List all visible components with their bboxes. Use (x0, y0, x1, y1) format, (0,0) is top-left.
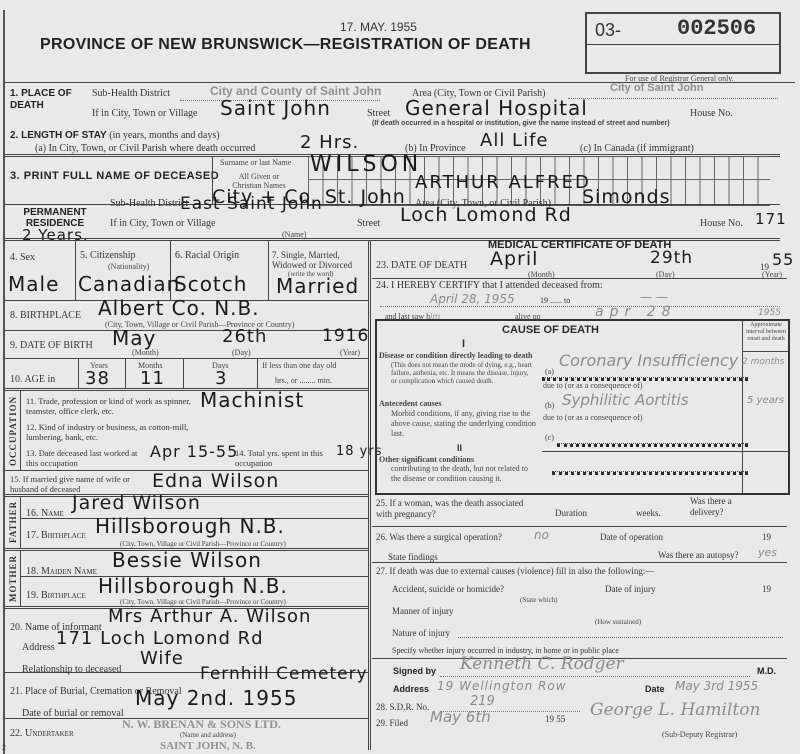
left-border (3, 10, 5, 754)
registration-number-box: 03- 002506 (585, 12, 781, 74)
informant-name: Mrs Arthur A. Wilson (108, 606, 311, 627)
how-sustained: (How sustained) (595, 618, 641, 626)
injury-date-label: Date of injury (605, 584, 655, 594)
marital-value: Married (276, 274, 359, 298)
dod-label: 23. DATE OF DEATH (376, 260, 467, 271)
stay-province-value: All Life (480, 130, 548, 151)
sdr-value: 219 (470, 694, 495, 709)
surgical-operation-value: no (534, 528, 549, 542)
surgical-operation-label: 26. Was there a surgical operation? (376, 532, 502, 542)
cause-b-prefix: (b) (545, 401, 554, 410)
undertaker-label: 22. Undertaker (10, 728, 74, 739)
res-city-label: If in City, Town or Village (110, 218, 215, 229)
registrar-sub: (Sub-Deputy Registrar) (662, 730, 737, 739)
operation-date-label: Date of operation (600, 532, 663, 542)
age-months: 11 (140, 368, 165, 389)
nature-label: Nature of injury (392, 628, 450, 638)
alive-on-value: apr 28 (595, 304, 677, 320)
dob-month-sub: (Month) (132, 348, 159, 357)
dob-year: 1916 (322, 326, 369, 346)
doctor-date-label: Date (645, 684, 665, 694)
sex-label: 4. Sex (10, 252, 35, 263)
dob-day-sub: (Day) (232, 348, 251, 357)
citizenship-sub: (Nationality) (108, 262, 149, 271)
sdr-label: 28. S.D.R. No. (376, 702, 429, 712)
registrar-signature: George L. Hamilton (590, 700, 760, 720)
trade-label: 11. Trade, profession or kind of work as… (26, 396, 201, 416)
father-side-label: FATHER (8, 498, 18, 546)
delivery-label: Was there a delivery? (690, 496, 750, 518)
less-than-day-label: If less than one day old (262, 361, 336, 370)
doctor-address-label: Address (393, 684, 429, 694)
informant-address-label: Address (22, 642, 55, 653)
age-years: 38 (85, 368, 110, 389)
racial-origin-label: 6. Racial Origin (175, 250, 239, 261)
reg-prefix: 03- (595, 20, 621, 41)
alive-on-year: 1955 (758, 308, 781, 318)
autopsy-value: yes (758, 546, 777, 559)
filed-year: 19 55 (545, 714, 565, 724)
father-name-value: Jared Wilson (72, 492, 201, 514)
dod-day: 29th (650, 248, 693, 268)
birthplace-label: 8. BIRTHPLACE (10, 310, 81, 321)
dod-year: 55 (772, 250, 794, 269)
occupation-side-label: OCCUPATION (8, 392, 18, 470)
doctor-date-value: May 3rd 1955 (675, 679, 758, 693)
city-label: If in City, Town or Village (92, 108, 197, 119)
md-label: M.D. (757, 666, 776, 676)
father-birthplace-value: Hillsborough N.B. (95, 514, 285, 538)
undertaker-city: SAINT JOHN, N. B. (160, 740, 256, 752)
certify-label: 24. I HEREBY CERTIFY that I attended dec… (376, 280, 603, 291)
father-birthplace-label: 17. Birthplace (26, 530, 86, 541)
length-of-stay-label: 2. LENGTH OF STAY (in years, months and … (10, 130, 220, 141)
dob-day: 26th (222, 326, 267, 347)
op-year-prefix: 19 (762, 532, 771, 542)
cause-c-prefix: (c) (545, 433, 554, 442)
mother-side-label: MOTHER (8, 552, 18, 604)
spouse-label: 15. If married give name of wife or husb… (10, 474, 150, 494)
cause-of-death-box: CAUSE OF DEATH Approximate interval betw… (375, 319, 790, 495)
dob-year-sub: (Year) (340, 348, 360, 357)
house-label: House No. (690, 108, 733, 119)
state-findings-label: State findings (388, 552, 438, 562)
signed-by-label: Signed by (393, 666, 436, 676)
autopsy-label: Was there an autopsy? (658, 550, 739, 560)
attended-from: April 28, 1955 (430, 292, 515, 306)
res-area-value: Simonds (582, 186, 670, 208)
weeks-label: weeks. (636, 508, 661, 518)
accident-label: Accident, suicide or homicide? (392, 584, 504, 594)
cause-b-interval: 5 years (747, 395, 784, 406)
interval-header: Approximate interval between onset and d… (744, 322, 788, 343)
pregnancy-label: 25. If a woman, was the death associated… (376, 498, 526, 520)
manner-label: Manner of injury (392, 606, 453, 616)
due-to-a: due to (or as a consequence of) (543, 381, 643, 390)
street-value: General Hospital (405, 96, 588, 120)
doctor-address-value: 19 Wellington Row (437, 679, 567, 693)
birthplace-value: Albert Co. N.B. (98, 296, 260, 320)
external-causes-label: 27. If death was due to external causes … (376, 566, 654, 576)
given-name-value: ARTHUR ALFRED (415, 172, 591, 193)
roman-one: I (462, 338, 465, 350)
citizenship-label: 5. Citizenship (80, 250, 136, 261)
hrs-min-label: hrs., or ........ min. (275, 376, 332, 385)
mother-birthplace-sub: (City, Town, Village or Civil Parish—Pro… (120, 598, 286, 606)
area-value: City of Saint John (610, 82, 704, 94)
cause-a-prefix: (a) (545, 367, 554, 376)
res-sub-health-label: Sub-Health District (110, 198, 188, 209)
antecedent-note: Morbid conditions, if any, giving rise t… (391, 409, 539, 439)
antecedent-label: Antecedent causes (379, 399, 441, 408)
informant-address: 171 Loch Lomond Rd (56, 628, 264, 649)
dod-month: April (490, 248, 538, 270)
residence-duration: 2 Years. (22, 226, 89, 244)
direct-cause-note: (This does not mean the mode of dying, e… (391, 361, 536, 385)
filed-label: 29. Filed (376, 718, 408, 728)
stay-city-value: 2 Hrs. (300, 132, 359, 153)
cause-b-value: Syphilitic Aortitis (562, 391, 689, 409)
industry-label: 12. Kind of industry or business, as cot… (26, 422, 206, 442)
filed-value: May 6th (430, 708, 491, 726)
last-worked-label: 13. Date deceased last worked at this oc… (26, 448, 151, 468)
other-conditions-label: Other significant conditions (379, 455, 474, 464)
relationship-label: Relationship to deceased (22, 664, 121, 675)
due-to-b: due to (or as a consequence of) (543, 413, 643, 422)
dob-label: 9. DATE OF BIRTH (10, 340, 93, 351)
duration-label: Duration (555, 508, 587, 518)
signed-by-value: Kenneth C. Rodger (460, 654, 624, 674)
other-conditions-note: contributing to the death, but not relat… (391, 464, 539, 484)
street-label: Street (367, 108, 390, 119)
sub-health-label: Sub-Health District (92, 88, 170, 99)
stay-city-label: (a) In City, Town, or Civil Parish where… (35, 143, 255, 154)
page-title: PROVINCE OF NEW BRUNSWICK—REGISTRATION O… (40, 36, 531, 54)
direct-cause-label: Disease or condition directly leading to… (379, 351, 532, 360)
roman-two: II (457, 443, 462, 453)
cause-of-death-title: CAUSE OF DEATH (502, 324, 599, 336)
page-marker: 2 (2, 743, 6, 752)
surname-label: Surname or last Name (220, 158, 291, 167)
cause-a-interval: 2 months (742, 357, 785, 367)
burial-date-value: May 2nd. 1955 (135, 686, 297, 710)
undertaker-sub: (Name and address) (180, 731, 236, 739)
res-city-value: East Saint John (180, 196, 360, 213)
last-worked-value: Apr 15-55 (150, 442, 238, 461)
stamp-date: 17. MAY. 1955 (340, 20, 417, 34)
dob-month: May (112, 326, 156, 350)
age-label: 10. AGE in (10, 374, 55, 385)
column-divider (368, 240, 371, 750)
place-of-death-label: 1. PLACE OF DEATH (10, 88, 80, 112)
father-birthplace-sub: (City, Town, Village or Civil Parish—Pro… (120, 540, 286, 548)
sex-value: Male (8, 272, 59, 296)
res-house-label: House No. (700, 218, 743, 229)
to-label: 19 ...... to (540, 296, 570, 305)
marital-label: 7. Single, Married, Widowed or Divorced (272, 250, 367, 270)
trade-value: Machinist (200, 388, 304, 412)
undertaker-name: N. W. BRENAN & SONS LTD. (122, 717, 281, 732)
res-street-value: Loch Lomond Rd (400, 204, 572, 226)
relationship-value: Wife (140, 648, 184, 669)
stay-canada-label: (c) In Canada (if immigrant) (580, 143, 694, 154)
city-value: Saint John (220, 96, 331, 120)
to-value: — — (640, 290, 668, 304)
mother-birthplace-label: 19. Birthplace (26, 590, 86, 601)
burial-place-value: Fernhill Cemetery (200, 664, 368, 684)
citizenship-value: Canadian (78, 272, 180, 296)
state-which: (State which) (520, 596, 558, 604)
mother-birthplace-value: Hillsborough N.B. (98, 574, 288, 598)
reg-number: 002506 (677, 16, 756, 41)
total-years-label: 14. Total yrs. spent in this occupation (235, 448, 335, 468)
surname-value: WILSON (310, 152, 422, 177)
full-name-label: 3. PRINT FULL NAME OF DECEASED (10, 170, 219, 182)
racial-origin-value: Scotch (174, 272, 247, 296)
age-days: 3 (215, 368, 227, 389)
res-house-value: 171 (755, 210, 787, 228)
injury-year-prefix: 19 (762, 584, 771, 594)
res-street-label: Street (357, 218, 380, 229)
cause-a-value: Coronary Insufficiency (559, 351, 738, 370)
spouse-value: Edna Wilson (152, 470, 279, 492)
hospital-note: (If death occurred in a hospital or inst… (372, 120, 670, 127)
mother-name-value: Bessie Wilson (112, 548, 262, 572)
